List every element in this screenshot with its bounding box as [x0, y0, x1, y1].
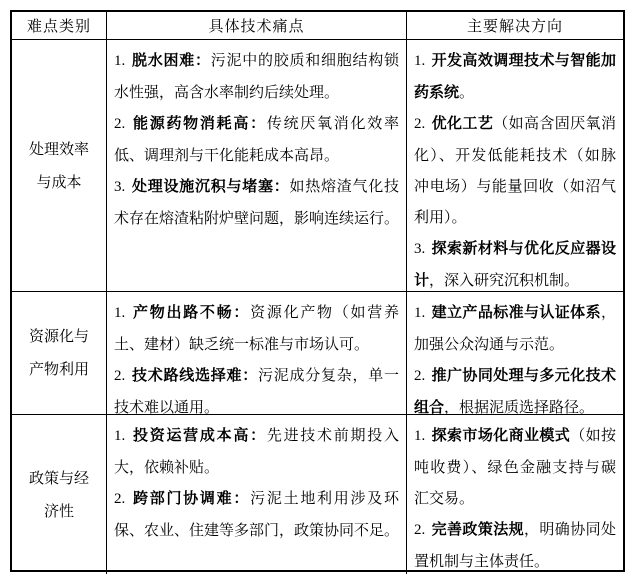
- solution-item: 1.探索市场化商业模式（如按吨收费）、绿色金融支持与碳汇交易。: [414, 420, 616, 514]
- item-number: 2.: [414, 116, 425, 132]
- solution-item: 2.优化工艺（如高含固厌氧消化）、开发低能耗技术（如脉冲电场）与能量回收（如沼气…: [414, 108, 616, 233]
- solution-item: 2.推广协同处理与多元化技术组合，根据泥质选择路径。: [414, 360, 616, 415]
- technical-difficulties-table: 难点类别 具体技术痛点 主要解决方向 处理效率 与成本 1.脱水困难：污泥中的胶…: [10, 10, 625, 572]
- item-number: 1.: [114, 53, 125, 69]
- pain-points-cell-row3: 1.投资运营成本高：先进技术前期投入大，依赖补贴。 2.跨部门协调难：污泥土地利…: [107, 415, 407, 574]
- item-number: 3.: [114, 179, 125, 195]
- category-cell-efficiency-cost: 处理效率 与成本: [12, 40, 107, 292]
- solution-item: 1.开发高效调理技术与智能加药系统。: [414, 45, 616, 108]
- item-term: 产物出路不畅：: [131, 303, 250, 321]
- category-label-line: 产物利用: [29, 353, 89, 386]
- item-term: 建立产品标准与认证体系: [431, 303, 601, 321]
- category-label-line: 处理效率: [29, 133, 89, 166]
- pain-point-item: 2.能源药物消耗高：传统厌氧消化效率低、调理剂与干化能耗成本高昂。: [114, 108, 399, 171]
- item-term: 处理设施沉积与堵塞：: [131, 177, 289, 195]
- category-label-line: 济性: [44, 495, 74, 528]
- solutions-cell-row2: 1.建立产品标准与认证体系，加强公众沟通与示范。 2.推广协同处理与多元化技术组…: [407, 292, 623, 415]
- item-number: 2.: [414, 368, 425, 384]
- item-term: 开发高效调理技术与智能加药系统: [414, 51, 616, 101]
- category-cell-resource-product: 资源化与 产物利用: [12, 292, 107, 415]
- solutions-cell-row3: 1.探索市场化商业模式（如按吨收费）、绿色金融支持与碳汇交易。 2.完善政策法规…: [407, 415, 623, 574]
- item-number: 1.: [414, 305, 425, 321]
- pain-points-cell-row1: 1.脱水困难：污泥中的胶质和细胞结构锁水性强，高含水率制约后续处理。 2.能源药…: [107, 40, 407, 292]
- item-number: 1.: [114, 428, 125, 444]
- item-number: 2.: [114, 116, 125, 132]
- item-text: 。: [459, 83, 474, 101]
- item-term: 完善政策法规: [431, 520, 524, 538]
- item-text: ，根据泥质选择路径。: [444, 398, 594, 415]
- pain-point-item: 3.处理设施沉积与堵塞：如热熔渣气化技术存在熔渣粘附炉壁问题，影响连续运行。: [114, 171, 399, 234]
- solutions-cell-row1: 1.开发高效调理技术与智能加药系统。 2.优化工艺（如高含固厌氧消化）、开发低能…: [407, 40, 623, 292]
- item-term: 技术路线选择难：: [131, 366, 258, 384]
- header-cell-category: 难点类别: [12, 12, 107, 40]
- header-cell-solutions: 主要解决方向: [407, 12, 623, 40]
- item-number: 2.: [414, 522, 425, 538]
- pain-point-item: 2.技术路线选择难：污泥成分复杂，单一技术难以通用。: [114, 360, 399, 415]
- header-solution-label: 主要解决方向: [467, 17, 563, 35]
- solution-item: 3.探索新材料与优化反应器设计，深入研究沉积机制。: [414, 233, 616, 292]
- item-term: 探索市场化商业模式: [431, 426, 570, 444]
- category-label-line: 资源化与: [29, 320, 89, 353]
- pain-point-item: 1.脱水困难：污泥中的胶质和细胞结构锁水性强，高含水率制约后续处理。: [114, 45, 399, 108]
- pain-point-item: 2.跨部门协调难：污泥土地利用涉及环保、农业、住建等多部门，政策协同不足。: [114, 483, 399, 546]
- category-cell-policy-economy: 政策与经 济性: [12, 415, 107, 574]
- pain-point-item: 1.投资运营成本高：先进技术前期投入大，依赖补贴。: [114, 420, 399, 483]
- header-category-label: 难点类别: [27, 17, 91, 35]
- header-pain-label: 具体技术痛点: [208, 17, 304, 35]
- category-label-line: 与成本: [36, 166, 81, 199]
- document-page: 难点类别 具体技术痛点 主要解决方向 处理效率 与成本 1.脱水困难：污泥中的胶…: [0, 0, 635, 583]
- item-term: 优化工艺: [431, 114, 493, 132]
- item-text: ，深入研究沉积机制。: [429, 271, 579, 289]
- solution-item: 2.完善政策法规，明确协同处置机制与主体责任。: [414, 514, 616, 574]
- header-cell-pain-points: 具体技术痛点: [107, 12, 407, 40]
- item-term: 跨部门协调难：: [131, 489, 250, 507]
- pain-point-item: 1.产物出路不畅：资源化产物（如营养土、建材）缺乏统一标准与市场认可。: [114, 297, 399, 360]
- item-number: 3.: [414, 241, 425, 257]
- item-number: 1.: [414, 428, 425, 444]
- solution-item: 1.建立产品标准与认证体系，加强公众沟通与示范。: [414, 297, 616, 360]
- item-number: 1.: [114, 305, 125, 321]
- item-term: 脱水困难：: [131, 51, 211, 69]
- category-label-line: 政策与经: [29, 462, 89, 495]
- item-term: 投资运营成本高：: [131, 426, 267, 444]
- item-term: 能源药物消耗高：: [131, 114, 267, 132]
- item-number: 2.: [114, 368, 125, 384]
- pain-points-cell-row2: 1.产物出路不畅：资源化产物（如营养土、建材）缺乏统一标准与市场认可。 2.技术…: [107, 292, 407, 415]
- item-number: 1.: [414, 53, 425, 69]
- item-number: 2.: [114, 491, 125, 507]
